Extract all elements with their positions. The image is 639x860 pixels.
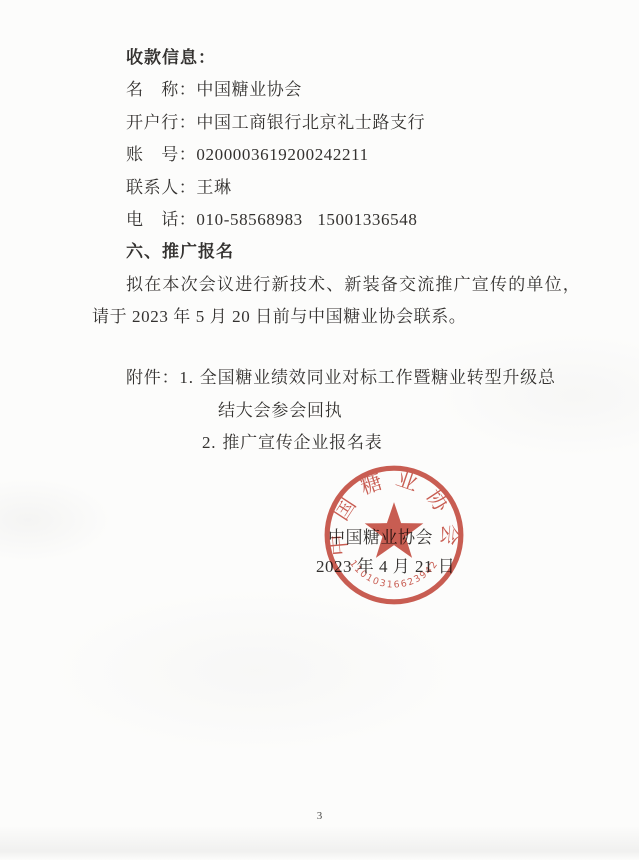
payment-field-phone: 电 话：010-58568983 15001336548 [92, 204, 581, 236]
seal-serial-holder: 11010316623942 [347, 558, 441, 590]
field-label: 联系人： [126, 178, 196, 197]
field-label: 电 话： [126, 210, 196, 229]
attachments-block: 附件：1.全国糖业绩效同业对标工作暨糖业转型升级总 结大会参会回执 2.推广宣传… [92, 362, 599, 460]
seal-serial-number: 11010316623942 [347, 558, 441, 590]
page-number: 3 [0, 810, 639, 822]
main-text-block: 收款信息： 名 称：中国糖业协会 开户行：中国工商银行北京礼士路支行 账 号：0… [92, 42, 581, 334]
seal-star-icon [365, 502, 424, 558]
field-value: 王琳 [196, 178, 231, 197]
attachment-item-1-line-2: 结大会参会回执 [92, 395, 599, 428]
field-value: 中国工商银行北京礼士路支行 [196, 113, 425, 132]
official-seal-stamp: 中国糖业协会 11010316623942 [322, 463, 466, 607]
payment-field-contact: 联系人：王琳 [92, 172, 581, 204]
section-heading-promotion: 六、推广报名 [92, 236, 581, 268]
payment-field-account: 账 号：0200003619200242211 [92, 139, 581, 171]
attachment-item-2: 2.推广宣传企业报名表 [92, 427, 599, 460]
payment-info-heading: 收款信息： [92, 42, 581, 74]
field-value: 中国糖业协会 [196, 80, 302, 99]
attachment-number: 1. [179, 368, 199, 387]
attachment-1-text: 全国糖业绩效同业对标工作暨糖业转型升级总 [200, 368, 556, 387]
seal-graphic: 中国糖业协会 11010316623942 [322, 463, 466, 607]
field-value: 0200003619200242211 [196, 145, 368, 164]
attachment-item-1-line-1: 附件：1.全国糖业绩效同业对标工作暨糖业转型升级总 [92, 362, 599, 395]
scanned-document-page: 收款信息： 名 称：中国糖业协会 开户行：中国工商银行北京礼士路支行 账 号：0… [0, 0, 639, 860]
payment-field-name: 名 称：中国糖业协会 [92, 74, 581, 106]
field-label: 开户行： [126, 113, 196, 132]
attachment-number: 2. [202, 433, 222, 452]
promotion-body-line-2: 请于 2023 年 5 月 20 日前与中国糖业协会联系。 [92, 301, 581, 333]
field-value: 010-58568983 15001336548 [196, 210, 417, 229]
field-label: 名 称： [126, 80, 196, 99]
attachments-label: 附件： [126, 368, 179, 387]
payment-field-bank: 开户行：中国工商银行北京礼士路支行 [92, 107, 581, 139]
attachment-2-text: 推广宣传企业报名表 [222, 433, 382, 452]
promotion-body-line-1: 拟在本次会议进行新技术、新装备交流推广宣传的单位， [92, 269, 581, 301]
field-label: 账 号： [126, 145, 196, 164]
